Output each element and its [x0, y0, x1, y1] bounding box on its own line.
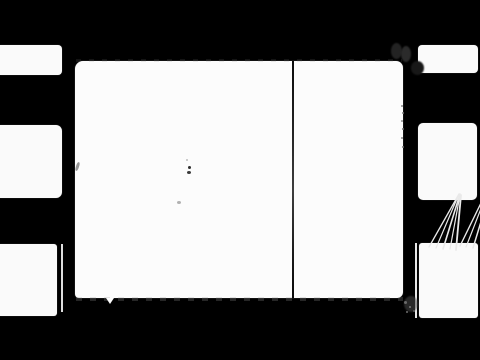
- scratch-line: [466, 206, 480, 247]
- film-grain-dot: [409, 306, 411, 308]
- scratch-line: [443, 194, 460, 249]
- film-grain-dot: [413, 310, 415, 312]
- sprocket-hole-left: [0, 244, 57, 316]
- scratch-line: [450, 195, 460, 249]
- gray-smudge: [404, 296, 418, 312]
- film-stage: [0, 0, 480, 360]
- sprocket-hole-right: [418, 45, 478, 73]
- frame-top-edge-noise: [76, 59, 402, 62]
- frame-bottom-notch: [106, 298, 114, 304]
- film-grain-dot: [402, 128, 404, 130]
- film-grain-dot: [401, 120, 403, 122]
- sprocket-hole-left: [0, 125, 62, 198]
- film-grain-dot: [402, 146, 404, 148]
- film-grain-dot: [402, 112, 404, 114]
- frame-bottom-edge-noise: [76, 297, 403, 301]
- frame-divider-seam: [292, 61, 294, 298]
- sprocket-hole-right: [419, 243, 478, 318]
- film-grain-dot: [401, 105, 403, 107]
- dust-speck: [186, 159, 188, 161]
- film-grain-dot: [406, 311, 408, 313]
- sprocket-hole-right: [418, 123, 477, 200]
- scratch-line: [436, 194, 459, 248]
- scratch-line: [429, 194, 459, 247]
- film-frame: [75, 61, 403, 298]
- scratch-line: [460, 203, 480, 246]
- sprocket-hole-left: [0, 45, 62, 75]
- dust-speck: [177, 201, 181, 204]
- gray-smudge: [411, 61, 424, 75]
- dust-speck: [188, 166, 191, 169]
- scratch-line: [456, 195, 461, 250]
- film-perforation-edge-line: [61, 244, 63, 312]
- dust-speck: [187, 171, 191, 174]
- gray-smudge: [401, 46, 411, 62]
- film-grain-dot: [401, 137, 403, 139]
- film-grain-dot: [404, 301, 407, 304]
